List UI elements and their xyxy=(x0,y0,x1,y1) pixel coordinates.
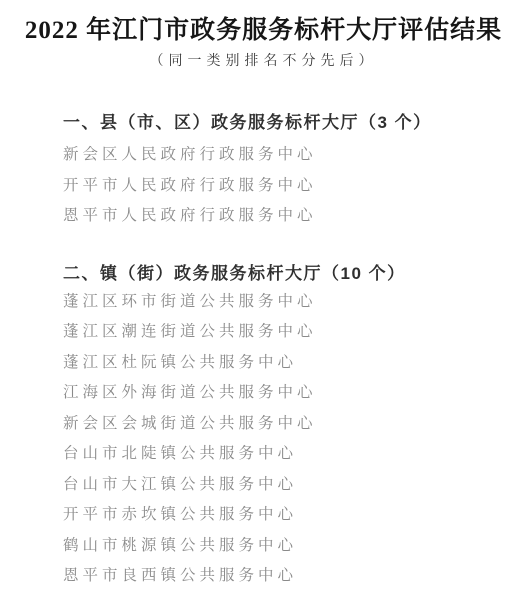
list-item: 新会区会城街道公共服务中心 xyxy=(63,409,527,440)
list-item: 蓬江区潮连街道公共服务中心 xyxy=(63,317,527,348)
list-item: 开平市赤坎镇公共服务中心 xyxy=(63,500,527,531)
list-item: 恩平市人民政府行政服务中心 xyxy=(63,201,527,232)
list-item: 蓬江区杜阮镇公共服务中心 xyxy=(63,348,527,379)
list-item: 新会区人民政府行政服务中心 xyxy=(63,140,527,171)
section-town: 二、镇（街）政务服务标杆大厅（10 个） 蓬江区环市街道公共服务中心 蓬江区潮连… xyxy=(0,263,527,592)
list-item: 江海区外海街道公共服务中心 xyxy=(63,378,527,409)
list-item: 鹤山市桃源镇公共服务中心 xyxy=(63,531,527,562)
list-item: 台山市大江镇公共服务中心 xyxy=(63,470,527,501)
section-town-heading: 二、镇（街）政务服务标杆大厅（10 个） xyxy=(63,263,527,284)
list-item: 台山市北陡镇公共服务中心 xyxy=(63,439,527,470)
county-hall-list: 新会区人民政府行政服务中心 开平市人民政府行政服务中心 恩平市人民政府行政服务中… xyxy=(63,140,527,232)
page-title: 2022 年江门市政务服务标杆大厅评估结果 xyxy=(0,15,527,46)
section-county-heading: 一、县（市、区）政务服务标杆大厅（3 个） xyxy=(63,112,527,133)
page-subtitle: （同一类别排名不分先后） xyxy=(0,53,527,71)
document-page: 2022 年江门市政务服务标杆大厅评估结果 （同一类别排名不分先后） 一、县（市… xyxy=(0,0,527,604)
town-hall-list: 蓬江区环市街道公共服务中心 蓬江区潮连街道公共服务中心 蓬江区杜阮镇公共服务中心… xyxy=(63,287,527,592)
list-item: 蓬江区环市街道公共服务中心 xyxy=(63,287,527,318)
list-item: 开平市人民政府行政服务中心 xyxy=(63,171,527,202)
section-county: 一、县（市、区）政务服务标杆大厅（3 个） 新会区人民政府行政服务中心 开平市人… xyxy=(0,112,527,232)
list-item: 恩平市良西镇公共服务中心 xyxy=(63,561,527,592)
